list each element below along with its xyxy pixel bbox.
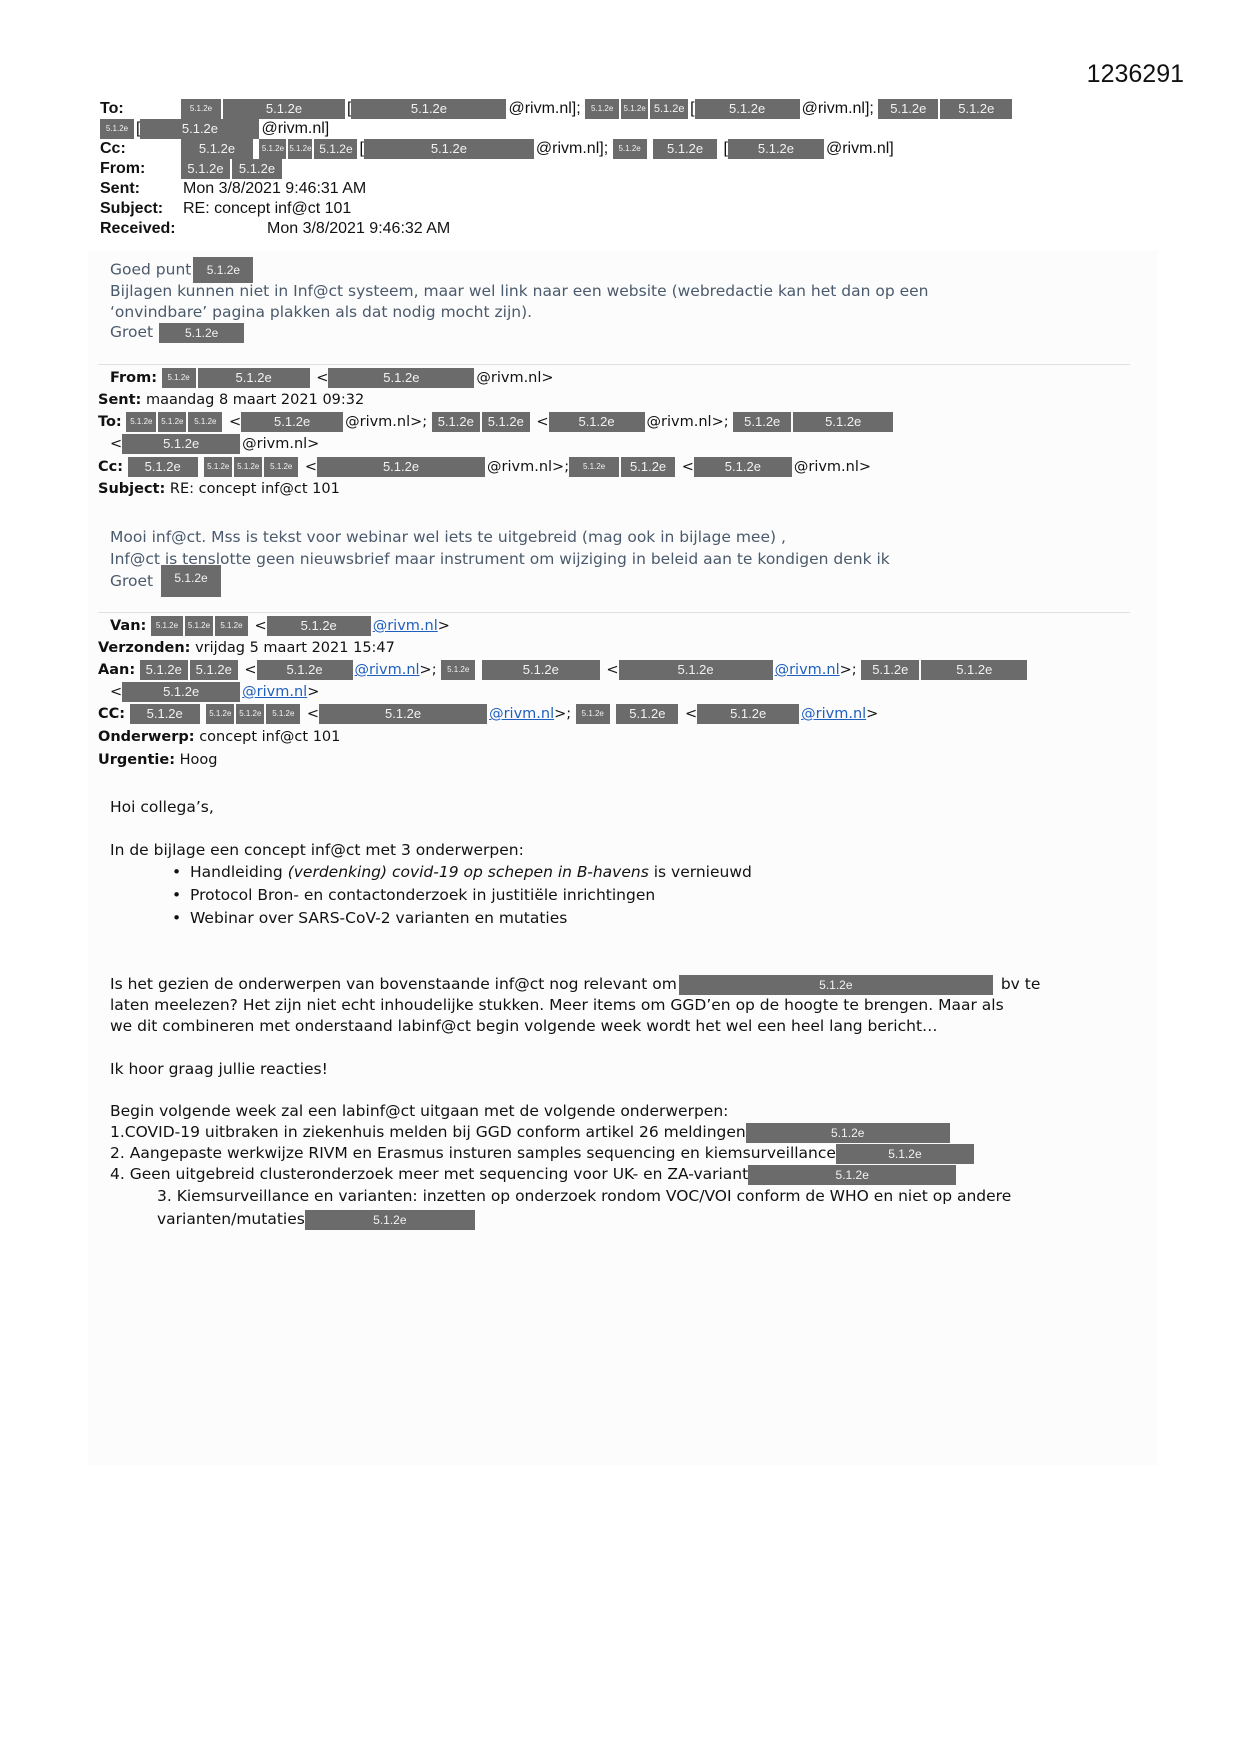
body-text: Groet bbox=[110, 572, 153, 590]
redaction: 5.1.2e bbox=[650, 99, 688, 119]
redaction: 5.1.2e bbox=[616, 704, 678, 724]
bullet-item: •Protocol Bron- en contactonderzoek in j… bbox=[172, 885, 655, 906]
redaction: 5.1.2e bbox=[188, 412, 222, 432]
address-domain: @rivm.nl> bbox=[476, 370, 553, 386]
sent-label: Sent: bbox=[98, 392, 141, 408]
body-text: bv te bbox=[1001, 975, 1041, 993]
redaction: 5.1.2e bbox=[161, 565, 221, 597]
redaction: 5.1.2e bbox=[364, 139, 534, 159]
bullet-text: Handleiding bbox=[190, 863, 288, 881]
address-domain: @rivm.nl] bbox=[826, 140, 894, 157]
redaction: 5.1.2e bbox=[694, 457, 792, 477]
email-link[interactable]: @rivm.nl bbox=[373, 618, 438, 634]
redaction: 5.1.2e bbox=[697, 704, 799, 724]
m1-body-line-2: Bijlagen kunnen niet in Inf@ct systeem, … bbox=[110, 281, 929, 302]
lab-item: 3. Kiemsurveillance en varianten: inzett… bbox=[157, 1186, 1011, 1207]
redaction: 5.1.2e bbox=[193, 257, 253, 283]
bullet-text: Protocol Bron- en contactonderzoek in ju… bbox=[190, 886, 655, 904]
m2-subject-line: Subject: RE: concept inf@ct 101 bbox=[98, 478, 340, 500]
redaction: 5.1.2e bbox=[679, 975, 993, 995]
redaction: 5.1.2e bbox=[266, 704, 300, 724]
lab-item: 2. Aangepaste werkwijze RIVM en Erasmus … bbox=[110, 1143, 976, 1164]
lab-item-text: varianten/mutaties bbox=[157, 1210, 305, 1228]
redaction: 5.1.2e bbox=[861, 660, 919, 680]
to-label: To: bbox=[98, 414, 122, 430]
received-value: Mon 3/8/2021 9:46:32 AM bbox=[267, 220, 450, 237]
redaction: 5.1.2e bbox=[441, 660, 475, 680]
bullet-icon: • bbox=[172, 885, 190, 906]
email-link[interactable]: @rivm.nl bbox=[242, 684, 307, 700]
redaction: 5.1.2e bbox=[621, 99, 648, 119]
email-link[interactable]: @rivm.nl bbox=[801, 706, 866, 722]
redaction: 5.1.2e bbox=[215, 616, 248, 636]
m3-greeting: Hoi collega’s, bbox=[110, 797, 214, 818]
m1-cc-line: Cc:5.1.2e 5.1.2e5.1.2e5.1.2e[5.1.2e@rivm… bbox=[100, 139, 894, 159]
m2-from-line: From: 5.1.2e5.1.2e <5.1.2e@rivm.nl> bbox=[110, 367, 554, 389]
redaction: 5.1.2e bbox=[100, 119, 134, 139]
sent-value: maandag 8 maart 2021 09:32 bbox=[146, 392, 364, 408]
m1-to-line-2: 5.1.2e[5.1.2e@rivm.nl] bbox=[100, 119, 329, 139]
subject-value: RE: concept inf@ct 101 bbox=[170, 481, 340, 497]
address-domain: @rivm.nl>; bbox=[647, 414, 729, 430]
redaction: 5.1.2e bbox=[223, 99, 345, 119]
redaction: 5.1.2e bbox=[653, 139, 717, 159]
address-domain: @rivm.nl] bbox=[261, 120, 329, 137]
message-divider bbox=[98, 612, 1130, 613]
from-label: Van: bbox=[110, 618, 146, 634]
redaction: 5.1.2e bbox=[159, 323, 244, 343]
m3-urgency-line: Urgentie: Hoog bbox=[98, 749, 217, 771]
redaction: 5.1.2e bbox=[181, 99, 221, 119]
redaction: 5.1.2e bbox=[122, 434, 240, 454]
m3-intro: In de bijlage een concept inf@ct met 3 o… bbox=[110, 840, 524, 861]
redaction: 5.1.2e bbox=[264, 457, 298, 477]
address-domain: @rivm.nl]; bbox=[508, 100, 580, 117]
redaction: 5.1.2e bbox=[585, 99, 619, 119]
redaction: 5.1.2e bbox=[940, 99, 1012, 119]
redaction: 5.1.2e bbox=[878, 99, 938, 119]
redaction: 5.1.2e bbox=[190, 660, 238, 680]
subject-label: Subject: bbox=[100, 199, 183, 219]
redaction: 5.1.2e bbox=[206, 704, 234, 724]
redaction: 5.1.2e bbox=[619, 660, 773, 680]
body-text: Goed punt bbox=[110, 261, 191, 279]
redaction: 5.1.2e bbox=[836, 1144, 974, 1164]
redaction: 5.1.2e bbox=[122, 682, 240, 702]
redaction: 5.1.2e bbox=[613, 139, 647, 159]
redaction: 5.1.2e bbox=[549, 412, 645, 432]
urgency-label: Urgentie: bbox=[98, 752, 175, 768]
redaction: 5.1.2e bbox=[236, 704, 264, 724]
redaction: 5.1.2e bbox=[126, 412, 156, 432]
m1-to-line-1: To:5.1.2e5.1.2e[5.1.2e@rivm.nl]; 5.1.2e5… bbox=[100, 99, 1014, 119]
redaction: 5.1.2e bbox=[728, 139, 824, 159]
redaction: 5.1.2e bbox=[241, 412, 343, 432]
bullet-text: Webinar over SARS-CoV-2 varianten en mut… bbox=[190, 909, 567, 927]
document-number: 1236291 bbox=[1087, 60, 1184, 89]
redaction: 5.1.2e bbox=[921, 660, 1027, 680]
m2-body-line-2: Inf@ct is tenslotte geen nieuwsbrief maa… bbox=[110, 549, 890, 570]
redaction: 5.1.2e bbox=[140, 119, 259, 139]
sent-value: vrijdag 5 maart 2021 15:47 bbox=[195, 640, 395, 656]
bullet-text-italic: (verdenking) covid-19 op schepen in B-ha… bbox=[288, 863, 649, 881]
subject-value: concept inf@ct 101 bbox=[199, 729, 340, 745]
redaction: 5.1.2e bbox=[259, 139, 286, 159]
redaction: 5.1.2e bbox=[158, 412, 186, 432]
redaction: 5.1.2e bbox=[317, 457, 485, 477]
redaction: 5.1.2e bbox=[185, 616, 213, 636]
bullet-item: •Webinar over SARS-CoV-2 varianten en mu… bbox=[172, 908, 567, 929]
address-domain: @rivm.nl]; bbox=[802, 100, 874, 117]
lab-item-text: 4. Geen uitgebreid clusteronderzoek meer… bbox=[110, 1165, 748, 1183]
m1-received-line: Received:Mon 3/8/2021 9:46:32 AM bbox=[100, 219, 450, 239]
email-link[interactable]: @rivm.nl bbox=[775, 662, 840, 678]
m3-cc-line: CC: 5.1.2e 5.1.2e5.1.2e5.1.2e <5.1.2e@ri… bbox=[98, 703, 878, 725]
to-label: Aan: bbox=[98, 662, 135, 678]
m1-body-line-4: Groet5.1.2e bbox=[110, 322, 246, 343]
redaction: 5.1.2e bbox=[432, 412, 480, 432]
redaction: 5.1.2e bbox=[267, 616, 371, 636]
redaction: 5.1.2e bbox=[128, 457, 198, 477]
email-link[interactable]: @rivm.nl bbox=[489, 706, 554, 722]
sent-value: Mon 3/8/2021 9:46:31 AM bbox=[183, 180, 366, 197]
redaction: 5.1.2e bbox=[351, 99, 506, 119]
m3-question-line-3: we dit combineren met onderstaand labinf… bbox=[110, 1016, 938, 1037]
redaction: 5.1.2e bbox=[328, 368, 474, 388]
m3-reactions: Ik hoor graag jullie reacties! bbox=[110, 1059, 328, 1080]
bullet-text: is vernieuwd bbox=[649, 863, 752, 881]
email-link[interactable]: @rivm.nl bbox=[355, 662, 420, 678]
redaction: 5.1.2e bbox=[130, 704, 200, 724]
redaction: 5.1.2e bbox=[151, 616, 183, 636]
m2-cc-line: Cc: 5.1.2e 5.1.2e5.1.2e5.1.2e <5.1.2e@ri… bbox=[98, 456, 871, 478]
bullet-icon: • bbox=[172, 908, 190, 929]
m3-question-line-2: laten meelezen? Het zijn niet echt inhou… bbox=[110, 995, 1004, 1016]
redaction: 5.1.2e bbox=[621, 457, 675, 477]
m1-sent-line: Sent:Mon 3/8/2021 9:46:31 AM bbox=[100, 179, 366, 199]
m3-to-line-1: Aan: 5.1.2e5.1.2e <5.1.2e@rivm.nl>; 5.1.… bbox=[98, 659, 1029, 681]
redaction: 5.1.2e bbox=[181, 159, 230, 179]
redaction: 5.1.2e bbox=[482, 660, 600, 680]
lab-item: 1.COVID-19 uitbraken in ziekenhuis melde… bbox=[110, 1122, 952, 1143]
redaction: 5.1.2e bbox=[288, 139, 312, 159]
cc-label: Cc: bbox=[100, 139, 183, 159]
m2-to-line-1: To: 5.1.2e5.1.2e5.1.2e <5.1.2e@rivm.nl>;… bbox=[98, 411, 895, 433]
redaction: 5.1.2e bbox=[482, 412, 530, 432]
m1-body-line-1: Goed punt5.1.2e bbox=[110, 257, 255, 283]
sent-label: Sent: bbox=[100, 179, 183, 199]
cc-label: Cc: bbox=[98, 459, 123, 475]
m1-from-line: From:5.1.2e5.1.2e bbox=[100, 159, 284, 179]
message-divider bbox=[98, 364, 1130, 365]
subject-value: RE: concept inf@ct 101 bbox=[183, 200, 351, 217]
m3-to-line-2: <5.1.2e@rivm.nl> bbox=[110, 681, 319, 703]
m1-body-line-3: ‘onvindbare’ pagina plakken als dat nodi… bbox=[110, 302, 532, 323]
m2-sent-line: Sent: maandag 8 maart 2021 09:32 bbox=[98, 389, 364, 411]
bullet-icon: • bbox=[172, 862, 190, 883]
redaction: 5.1.2e bbox=[569, 457, 619, 477]
redaction: 5.1.2e bbox=[162, 368, 196, 388]
to-label: To: bbox=[100, 99, 183, 119]
from-label: From: bbox=[100, 159, 183, 179]
redaction: 5.1.2e bbox=[204, 457, 232, 477]
sent-label: Verzonden: bbox=[98, 640, 190, 656]
redaction: 5.1.2e bbox=[576, 704, 610, 724]
lab-item-text: 2. Aangepaste werkwijze RIVM en Erasmus … bbox=[110, 1144, 836, 1162]
subject-label: Onderwerp: bbox=[98, 729, 195, 745]
address-domain: @rivm.nl> bbox=[242, 436, 319, 452]
address-domain: @rivm.nl>; bbox=[345, 414, 427, 430]
lab-item: varianten/mutaties5.1.2e bbox=[157, 1209, 477, 1230]
from-label: From: bbox=[110, 370, 157, 386]
redaction: 5.1.2e bbox=[746, 1123, 950, 1143]
m1-subject-line: Subject:RE: concept inf@ct 101 bbox=[100, 199, 351, 219]
m2-to-line-2: <5.1.2e@rivm.nl> bbox=[110, 433, 319, 455]
m3-from-line: Van: 5.1.2e5.1.2e5.1.2e <5.1.2e@rivm.nl> bbox=[110, 615, 450, 637]
received-label: Received: bbox=[100, 219, 267, 239]
lab-item-text: 1.COVID-19 uitbraken in ziekenhuis melde… bbox=[110, 1123, 746, 1141]
redaction: 5.1.2e bbox=[257, 660, 353, 680]
redaction: 5.1.2e bbox=[232, 159, 282, 179]
address-domain: @rivm.nl]; bbox=[536, 140, 608, 157]
redaction: 5.1.2e bbox=[314, 139, 357, 159]
m3-sent-line: Verzonden: vrijdag 5 maart 2021 15:47 bbox=[98, 637, 395, 659]
bullet-item: •Handleiding (verdenking) covid-19 op sc… bbox=[172, 862, 752, 883]
lab-item: 4. Geen uitgebreid clusteronderzoek meer… bbox=[110, 1164, 958, 1185]
redaction: 5.1.2e bbox=[695, 99, 800, 119]
redaction: 5.1.2e bbox=[305, 1210, 475, 1230]
cc-label: CC: bbox=[98, 706, 125, 722]
body-text: Groet bbox=[110, 323, 153, 341]
redaction: 5.1.2e bbox=[733, 412, 791, 432]
m3-lab-intro: Begin volgende week zal een labinf@ct ui… bbox=[110, 1101, 728, 1122]
lab-item-text: 3. Kiemsurveillance en varianten: inzett… bbox=[157, 1187, 1011, 1205]
redaction: 5.1.2e bbox=[793, 412, 893, 432]
redaction: 5.1.2e bbox=[198, 368, 310, 388]
redaction: 5.1.2e bbox=[140, 660, 188, 680]
address-domain: @rivm.nl> bbox=[794, 459, 871, 475]
urgency-value: Hoog bbox=[180, 752, 218, 768]
body-text: Is het gezien de onderwerpen van bovenst… bbox=[110, 975, 677, 993]
m2-body-line-1: Mooi inf@ct. Mss is tekst voor webinar w… bbox=[110, 527, 786, 548]
redaction: 5.1.2e bbox=[181, 139, 253, 159]
m3-question-line-1: Is het gezien de onderwerpen van bovenst… bbox=[110, 974, 1040, 995]
redaction: 5.1.2e bbox=[748, 1165, 956, 1185]
m2-body-line-3: Groet bbox=[110, 571, 153, 592]
redaction: 5.1.2e bbox=[234, 457, 262, 477]
m3-subject-line: Onderwerp: concept inf@ct 101 bbox=[98, 726, 340, 748]
redaction: 5.1.2e bbox=[319, 704, 487, 724]
address-domain: @rivm.nl>; bbox=[487, 459, 569, 475]
subject-label: Subject: bbox=[98, 481, 165, 497]
